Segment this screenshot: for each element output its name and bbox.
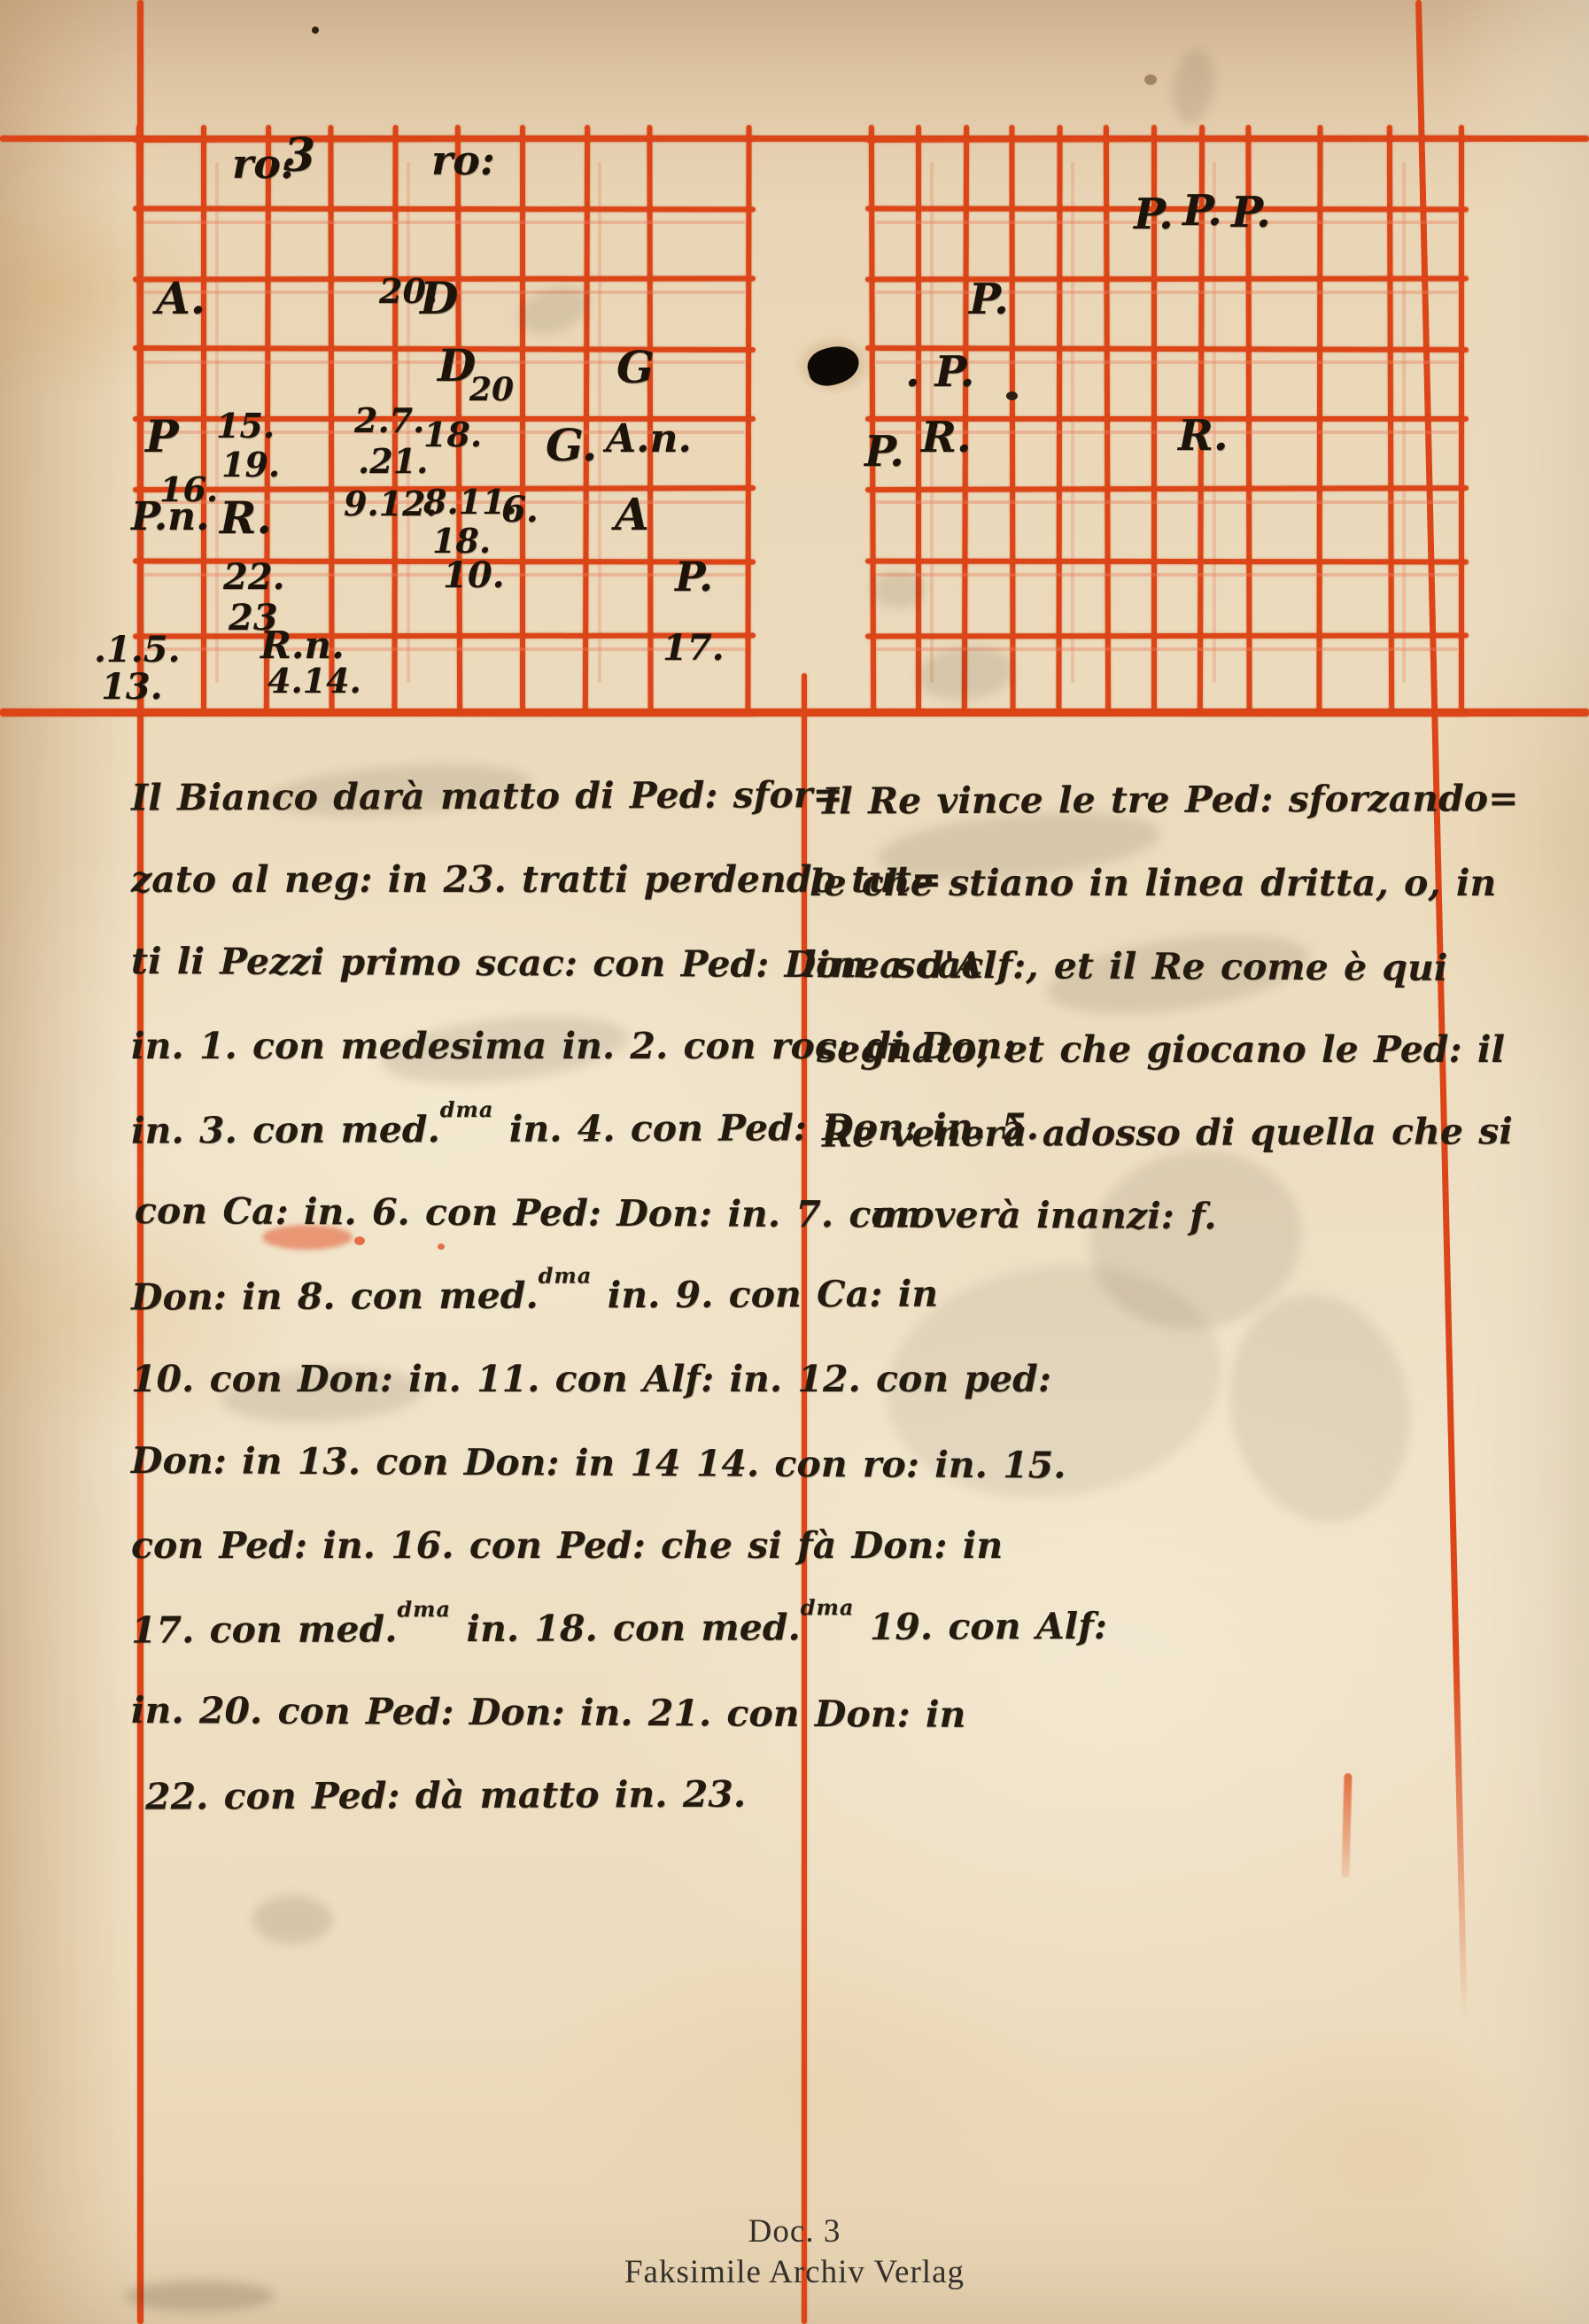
- board-annotation: A: [615, 492, 649, 537]
- grid-line-horizontal: [133, 206, 756, 213]
- board-annotation: 4.14.: [267, 664, 361, 698]
- board-annotation: P.n.: [131, 498, 209, 537]
- manuscript-line: Don: in 13. con Don: in 14 14. con ro: i…: [131, 1419, 813, 1506]
- board-annotation: 18.: [423, 418, 482, 452]
- board-annotation: D: [420, 276, 458, 321]
- board-annotation: . P.: [905, 351, 974, 393]
- bleedthrough-smudge: [872, 571, 926, 608]
- board-annotation: 18.: [432, 524, 491, 558]
- board-annotation: A.n.: [606, 420, 692, 459]
- board-annotation: 20: [469, 374, 514, 406]
- board-annotation: G.: [546, 423, 597, 468]
- manuscript-line: zato al neg: in 23. tratti perdendo tut=: [131, 838, 813, 921]
- manuscript-line: in. 1. con medesima in. 2. con roc: di D…: [131, 1004, 813, 1088]
- manuscript-line: con Ca: in. 6. con Ped: Don: in. 7. con: [135, 1169, 813, 1256]
- board-annotation: P.: [1231, 191, 1271, 234]
- board-annotation: P.: [1182, 190, 1222, 232]
- board-annotation: .1.5.: [94, 632, 180, 668]
- manuscript-line: Il Re vince le tre Ped: sforzando=: [822, 756, 1477, 842]
- board-annotation: P: [145, 414, 179, 459]
- manuscript-line: 17. con med.dma in. 18. con med.dma 19. …: [131, 1585, 813, 1671]
- stamp-mark: [252, 1895, 332, 1944]
- grid-ghost-line-horizontal: [143, 647, 745, 651]
- superscript-dma: dma: [801, 1594, 855, 1620]
- board-annotation: 19.: [221, 448, 280, 482]
- grid-line-horizontal: [865, 633, 1469, 639]
- board-annotation: 17.: [663, 631, 725, 666]
- board-annotation: R.n.: [260, 627, 345, 664]
- grid-ghost-line-horizontal: [876, 573, 1458, 577]
- ink-speck: [1006, 391, 1018, 400]
- manuscript-page: ro:3ro:A.20.DD20GG.P15.19.2.7..21.18.A.n…: [0, 0, 1589, 2324]
- manuscript-line: segnato, et che giocano le Ped: il: [817, 1008, 1477, 1091]
- board-annotation: R.: [1178, 414, 1229, 457]
- superscript-dma: dma: [440, 1096, 494, 1122]
- board-annotation: 22.: [223, 560, 285, 595]
- caption-publisher: Faksimile Archiv Verlag: [0, 2253, 1589, 2291]
- manuscript-line: con Ped: in. 16. con Ped: che si fà Don:…: [131, 1504, 813, 1587]
- board-annotation: R.: [220, 496, 272, 540]
- grid-ghost-line-vertical: [1402, 162, 1406, 683]
- manuscript-line: 10. con Don: in. 11. con Alf: in. 12. co…: [131, 1337, 813, 1421]
- grid-ghost-line-horizontal: [876, 500, 1458, 504]
- paper-speck: [1144, 74, 1157, 85]
- bleedthrough-smudge: [1168, 46, 1218, 126]
- board-annotation: 3: [283, 133, 315, 179]
- board-annotation: A.: [156, 276, 205, 321]
- board-annotation: G: [616, 345, 655, 390]
- board-annotation: 10.: [443, 558, 505, 593]
- red-ink-drip: [1341, 1773, 1352, 1878]
- manuscript-line: 22. con Ped: dà matto in. 23.: [145, 1752, 813, 1838]
- board-annotation: .21.: [358, 445, 428, 478]
- board-annotation: P.: [864, 430, 904, 473]
- board-annotation: 2.7.: [354, 404, 424, 438]
- grid-ghost-line-horizontal: [143, 221, 745, 224]
- caption-doc-number: Doc. 3: [0, 2212, 1589, 2250]
- manuscript-line: in. 3. con med.dma in. 4. con Ped: Don: …: [131, 1086, 813, 1172]
- manuscript-line: Il Bianco darà matto di Ped: sfor=: [131, 753, 813, 839]
- grid-ghost-line-vertical: [1071, 162, 1074, 683]
- grid-line-horizontal: [865, 276, 1469, 283]
- grid-ghost-line-horizontal: [876, 290, 1458, 294]
- grid-ghost-line-vertical: [598, 162, 601, 683]
- left-text-column: Il Bianco darà matto di Ped: sfor=zato a…: [131, 755, 813, 1837]
- superscript-dma: dma: [397, 1596, 451, 1622]
- grid-line-horizontal: [865, 559, 1469, 565]
- ink-speck: [312, 27, 319, 34]
- manuscript-line: moverà inanzi: f.: [872, 1173, 1477, 1259]
- board-annotation: P.: [675, 556, 713, 597]
- manuscript-line: Don: in 8. con med.dma in. 9. con Ca: in: [131, 1252, 813, 1338]
- right-text-column: Il Re vince le tre Ped: sforzando=le che…: [822, 758, 1477, 1258]
- manuscript-line: linea d'Alf:, et il Re come è qui: [802, 923, 1477, 1010]
- manuscript-line: ti li Pezzi primo scac: con Ped: Don: sc…: [131, 919, 813, 1006]
- grid-line-horizontal: [865, 485, 1469, 492]
- superscript-dma: dma: [539, 1262, 593, 1288]
- manuscript-line: Re venerà adosso di quella che si: [822, 1089, 1477, 1175]
- board-annotation: 13.: [101, 670, 163, 705]
- board-annotation: R.: [921, 416, 972, 459]
- manuscript-line: in. 20. con Ped: Don: in. 21. con Don: i…: [131, 1669, 813, 1755]
- manuscript-line: le che stiano in linea dritta, o, in: [810, 841, 1477, 925]
- board-annotation: P.: [1134, 193, 1174, 236]
- board-annotation: 15.: [216, 409, 275, 443]
- board-annotation: P.: [969, 278, 1009, 321]
- board-annotation: 6.: [501, 492, 539, 528]
- board-annotation: ro:: [431, 140, 495, 181]
